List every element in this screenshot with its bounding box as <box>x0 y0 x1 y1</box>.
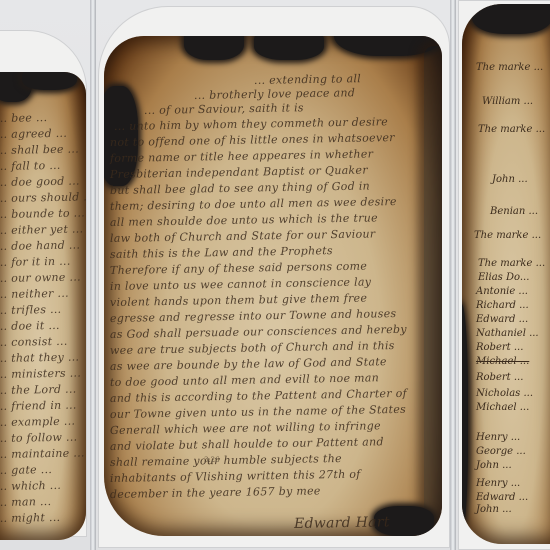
text-line: ... friend in ... <box>0 399 77 413</box>
signatory-name: The marke ... <box>478 124 545 135</box>
signatory-name: The marke ... <box>478 258 545 269</box>
signatory-name: Robert ... <box>476 372 523 383</box>
text-line: inhabitants of Vlishing written this 27t… <box>110 468 361 485</box>
text-line: saith this is the Law and the Prophets <box>110 244 333 261</box>
text-line: them; desiring to doe unto all men as we… <box>110 195 397 213</box>
text-line: ... doe good ... <box>0 175 80 189</box>
text-line: wee are true subjects both of Church and… <box>110 339 395 357</box>
text-line: december in the yeare 1657 by mee <box>110 484 321 501</box>
text-line: ... might ... <box>0 511 60 525</box>
text-line: violent hands upon them but give them fr… <box>110 292 367 309</box>
text-line: all men shoulde doe unto us which is the… <box>110 211 378 229</box>
text-line: ... brotherly love peace and <box>194 86 355 102</box>
text-line: ... neither ... <box>0 287 69 301</box>
text-line: shall remaine your humble subjects the <box>110 452 342 469</box>
text-line: Presbiterian independant Baptist or Quak… <box>110 164 368 181</box>
signatory-name: John ... <box>492 174 528 185</box>
text-line: ... to follow ... <box>0 431 77 445</box>
text-line: ... which ... <box>0 479 61 493</box>
signature: Edward Hart <box>294 514 390 532</box>
text-line: ... shall bee ... <box>0 143 79 157</box>
left-manuscript-page: ... bee ... ... agreed ... ... shall bee… <box>0 72 86 540</box>
text-line: ... for it in ... <box>0 255 71 269</box>
signatory-name: The marke ... <box>474 230 541 241</box>
text-line: ... ours should ... <box>0 190 86 205</box>
text-line: ... of our Saviour, saith it is <box>144 101 304 117</box>
burn-mark <box>472 4 550 34</box>
center-page-text: ... extending to all ... brotherly love … <box>104 36 442 536</box>
signatory-name: The marke ... <box>476 62 543 73</box>
text-line: ... our owne ... <box>0 271 81 285</box>
folio-mark: 3.26 <box>204 456 220 464</box>
text-line: and violate but shall houlde to our Patt… <box>110 435 384 453</box>
text-line: and this is according to the Pattent and… <box>110 387 407 405</box>
text-line: egresse and regresse into our Towne and … <box>110 307 397 325</box>
text-line: but shall bee glad to see any thing of G… <box>110 179 370 197</box>
text-line: ... fall to ... <box>0 159 61 173</box>
signatory-name: Henry ... <box>476 432 520 443</box>
text-line: ... gate ... <box>0 463 52 477</box>
text-line: law both of Church and State for our Sav… <box>110 227 376 245</box>
signatory-name: Edward ... <box>476 314 528 325</box>
signatory-name: Elias Do... <box>478 272 529 283</box>
signatory-name: Nathaniel ... <box>476 328 539 339</box>
burn-mark <box>462 304 468 534</box>
text-line: our Towne given unto us in the name of t… <box>110 403 406 421</box>
signatory-name: Richard ... <box>476 300 529 311</box>
left-page-text: ... bee ... ... agreed ... ... shall bee… <box>0 72 86 540</box>
text-line: forme name or title hee appeares in whet… <box>110 147 373 165</box>
center-manuscript-page: ... extending to all ... brotherly love … <box>104 36 442 536</box>
signatory-name: Henry ... <box>476 478 520 489</box>
text-line: Generall which wee are not willing to in… <box>110 419 381 437</box>
signatory-name: Michael ... <box>476 402 529 413</box>
signatory-name: Michael ... <box>476 356 529 367</box>
text-line: as wee are bounde by the law of God and … <box>110 355 387 373</box>
text-line: ... ministers ... <box>0 367 81 381</box>
text-line: ... man ... <box>0 495 51 509</box>
signatory-name: John ... <box>476 460 512 471</box>
text-line: ... the Lord ... <box>0 383 77 397</box>
text-line: ... that they ... <box>0 351 79 365</box>
text-line: ... extending to all <box>254 72 361 87</box>
text-line: ... bee ... <box>0 111 47 125</box>
text-line: in love unto us wee cannot in conscience… <box>110 275 371 293</box>
text-line: ... maintaine ... <box>0 446 85 461</box>
signatory-name: Nicholas ... <box>476 388 533 399</box>
signatory-name: George ... <box>476 446 526 457</box>
text-line: ... trifles ... <box>0 303 62 317</box>
text-line: ... example ... <box>0 415 75 429</box>
text-line: to doe good unto all men and evill to no… <box>110 371 379 389</box>
text-line: ... doe hand ... <box>0 239 80 253</box>
signatory-name: Benian ... <box>490 206 538 217</box>
text-line: ... unto him by whom they commeth our de… <box>114 115 388 133</box>
right-manuscript-page: The marke ... William ... The marke ... … <box>462 4 550 544</box>
text-line: Therefore if any of these said persons c… <box>110 260 367 277</box>
text-line: as God shall persuade our consciences an… <box>110 323 407 341</box>
text-line: ... consist ... <box>0 335 68 349</box>
text-line: ... bounde to ... <box>0 206 85 221</box>
text-line: ... agreed ... <box>0 127 67 141</box>
signatory-name: Robert ... <box>476 342 523 353</box>
signatory-name: Antonie ... <box>476 286 528 297</box>
signatory-name: William ... <box>482 96 533 107</box>
text-line: ... either yet ... <box>0 222 83 237</box>
text-line: ... doe it ... <box>0 319 60 333</box>
text-line: not to offend one of his little ones in … <box>110 131 395 149</box>
signatory-name: Edward ... <box>476 492 528 503</box>
signatory-name: John ... <box>476 504 512 515</box>
